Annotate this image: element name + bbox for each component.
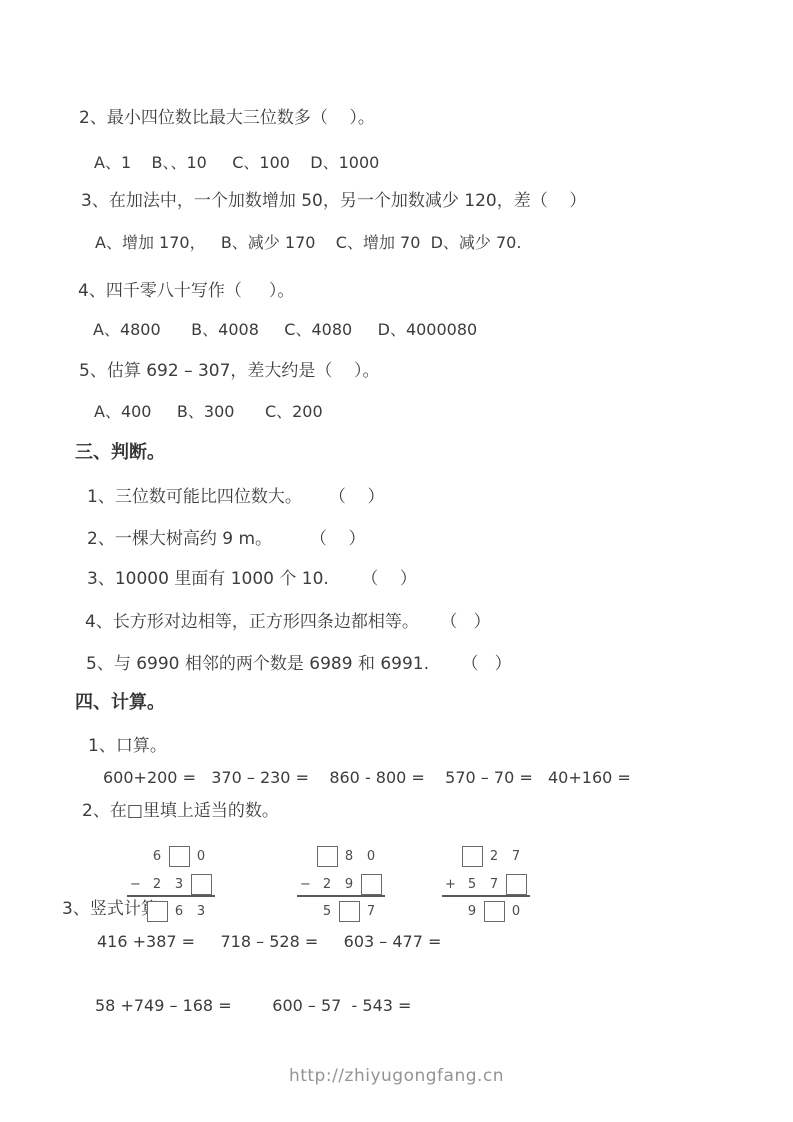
choice-options-2: A、1 B、、10 C、100 D、1000 — [94, 152, 379, 174]
vc3-digit: 7 — [483, 877, 505, 892]
oral-calc-label: 1、口算。 — [88, 735, 167, 757]
choice-question-3: 3、在加法中，一个加数增加 50，另一个加数减少 120，差（ ） — [81, 190, 586, 212]
vc2-digit: 2 — [316, 877, 338, 892]
written-calc-row-1: 416 +387 = 718 – 528 = 603 – 477 = — [97, 931, 441, 953]
vc1-answer-box — [190, 874, 212, 895]
vc3-answer-box — [483, 901, 505, 922]
vc2-row1: 8 0 — [300, 844, 382, 868]
vc2-answer-box — [360, 874, 382, 895]
written-calc-row-2: 58 +749 – 168 = 600 – 57 - 543 = — [95, 995, 411, 1017]
choice-options-3: A、增加 170， B、减少 170 C、增加 70 D、减少 70. — [95, 232, 521, 254]
answer-box — [462, 846, 483, 867]
vc1-digit: 6 — [146, 849, 168, 864]
vc3-row3: 9 0 — [445, 899, 527, 923]
choice-question-5: 5、估算 692 – 307，差大约是（ ）。 — [79, 360, 380, 382]
answer-box — [484, 901, 505, 922]
vc3-digit: 9 — [461, 904, 483, 919]
vertical-calc-1: 6 0 − 2 3 6 3 — [130, 844, 212, 924]
vc2-digit: 8 — [338, 849, 360, 864]
vc2-answer-box — [338, 901, 360, 922]
choice-question-4: 4、四千零八十写作（ ）。 — [78, 280, 294, 302]
equals-line — [442, 895, 530, 897]
equals-line — [297, 895, 385, 897]
vc3-digit: 5 — [461, 877, 483, 892]
vc3-digit: 2 — [483, 849, 505, 864]
vertical-calc-2: 8 0 − 2 9 5 7 — [300, 844, 382, 924]
judge-item-1: 1、三位数可能比四位数大。 （ ） — [87, 486, 384, 508]
vc1-digit: 3 — [168, 877, 190, 892]
vc3-row2: + 5 7 — [445, 872, 527, 896]
vc2-digit: 7 — [360, 904, 382, 919]
answer-box — [339, 901, 360, 922]
choice-options-4: A、4800 B、4008 C、4080 D、4000080 — [93, 319, 477, 341]
choice-question-2: 2、最小四位数比最大三位数多（ ）。 — [79, 107, 375, 129]
minus-operator: − — [300, 877, 316, 892]
vc2-digit: 9 — [338, 877, 360, 892]
vc3-answer-box — [505, 874, 527, 895]
answer-box — [147, 901, 168, 922]
vc1-row2: − 2 3 — [130, 872, 212, 896]
choice-options-5: A、400 B、300 C、200 — [94, 401, 323, 423]
answer-box — [317, 846, 338, 867]
vc1-answer-box — [146, 901, 168, 922]
vc2-digit: 5 — [316, 904, 338, 919]
judge-item-2: 2、一棵大树高约 9 m。 （ ） — [87, 528, 365, 550]
answer-box — [506, 874, 527, 895]
watermark-url: http://zhiyugongfang.cn — [0, 1066, 793, 1086]
judge-section-heading: 三、判断。 — [75, 442, 165, 464]
answer-box — [361, 874, 382, 895]
judge-item-5: 5、与 6990 相邻的两个数是 6989 和 6991. （ ） — [86, 653, 512, 675]
vc1-row3: 6 3 — [130, 899, 212, 923]
vc2-digit: 0 — [360, 849, 382, 864]
equals-line — [127, 895, 215, 897]
vc1-digit: 2 — [146, 877, 168, 892]
vertical-calc-3: 2 7 + 5 7 9 0 — [445, 844, 527, 924]
vc3-answer-box — [461, 846, 483, 867]
vc2-answer-box — [316, 846, 338, 867]
calc-section-heading: 四、计算。 — [75, 692, 165, 714]
judge-item-4: 4、长方形对边相等，正方形四条边都相等。 （ ） — [85, 611, 491, 633]
fill-box-label: 2、在□里填上适当的数。 — [82, 800, 279, 822]
answer-box — [169, 846, 190, 867]
vc3-digit: 7 — [505, 849, 527, 864]
vc3-row1: 2 7 — [445, 844, 527, 868]
vc1-digit: 6 — [168, 904, 190, 919]
plus-operator: + — [445, 877, 461, 892]
vc1-answer-box — [168, 846, 190, 867]
vc1-digit: 3 — [190, 904, 212, 919]
vc1-digit: 0 — [190, 849, 212, 864]
oral-calc-problems: 600+200 = 370 – 230 = 860 - 800 = 570 – … — [103, 767, 631, 789]
answer-box — [191, 874, 212, 895]
judge-item-3: 3、10000 里面有 1000 个 10. （ ） — [87, 568, 417, 590]
minus-operator: − — [130, 877, 146, 892]
vc3-digit: 0 — [505, 904, 527, 919]
vc1-row1: 6 0 — [130, 844, 212, 868]
worksheet-page: 2、最小四位数比最大三位数多（ ）。 A、1 B、、10 C、100 D、100… — [0, 0, 793, 1122]
vc2-row3: 5 7 — [300, 899, 382, 923]
vc2-row2: − 2 9 — [300, 872, 382, 896]
